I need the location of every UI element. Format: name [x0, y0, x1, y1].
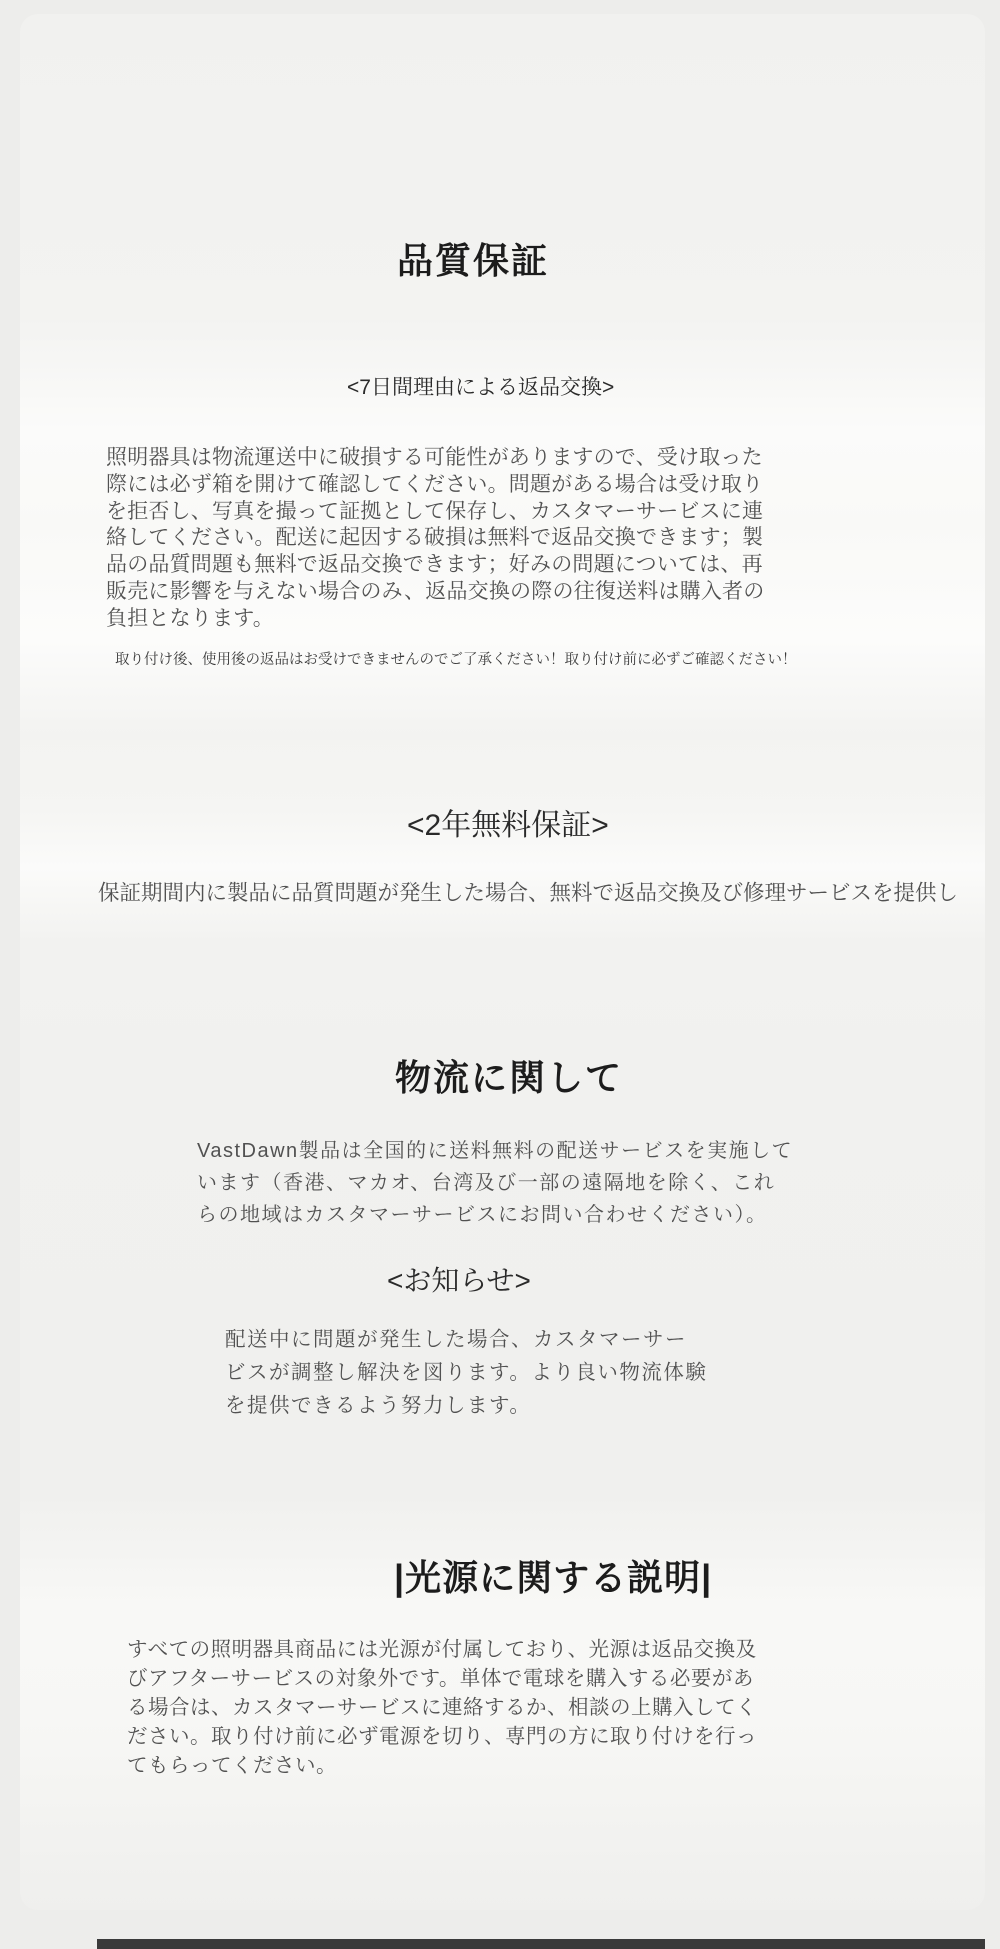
- quality-guarantee-heading: 品質保証: [397, 233, 549, 284]
- logistics-heading: 物流に関して: [395, 1050, 623, 1101]
- notice-paragraph: 配送中に問題が発生した場合、カスタマーサー ビスが調整し解決を図ります。より良い…: [225, 1323, 707, 1422]
- guarantee-info-card: 品質保証 <7日間理由による返品交換> 照明器具は物流運送中に破損する可能性があ…: [20, 14, 985, 1910]
- light-source-heading: |光源に関する説明|: [394, 1550, 712, 1601]
- warranty-paragraph: 保証期間内に製品に品質問題が発生した場合、無料で返品交換及び修理サービスを提供し: [98, 876, 958, 907]
- installation-return-note: 取り付け後、使用後の返品はお受けできませんのでご了承ください！取り付け前に必ずご…: [115, 648, 797, 669]
- product-description-page: 品質保証 <7日間理由による返品交換> 照明器具は物流運送中に破損する可能性があ…: [0, 0, 1000, 1949]
- quality-guarantee-paragraph: 照明器具は物流運送中に破損する可能性がありますので、受け取った 際には必ず箱を開…: [106, 445, 764, 633]
- light-source-paragraph: すべての照明器具商品には光源が付属しており、光源は返品交換及 びアフターサービス…: [127, 1635, 757, 1780]
- logistics-paragraph: VastDawn製品は全国的に送料無料の配送サービスを実施して います（香港、マ…: [197, 1135, 793, 1231]
- two-year-warranty-subheading: <2年無料保証>: [407, 800, 609, 844]
- notice-subheading: <お知らせ>: [387, 1259, 531, 1299]
- next-section-dark-strip: [97, 1939, 985, 1949]
- seven-day-return-subheading: <7日間理由による返品交換>: [347, 371, 614, 401]
